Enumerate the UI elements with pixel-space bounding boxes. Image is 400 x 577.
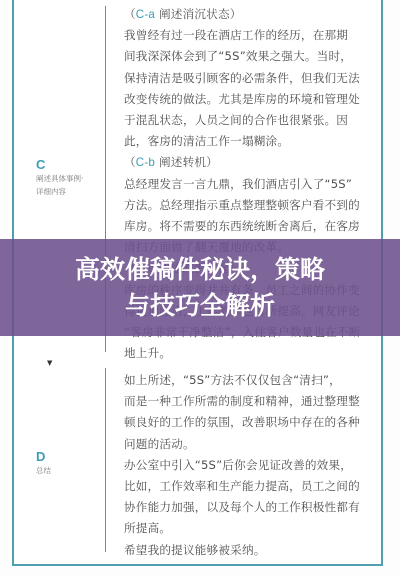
paragraph-line: 办公室中引入“5S”后你会见证改善的效果， (124, 455, 374, 476)
section-d-letter: D (36, 450, 51, 464)
paragraph-line: 所提高。 (124, 518, 374, 539)
down-arrow-icon: ▼ (47, 359, 52, 367)
banner-title-line-2: 与技巧全解析 (125, 288, 275, 324)
paragraph-line: 地上升。 (124, 343, 374, 364)
section-c-sub-2: 详细内容 (36, 186, 83, 198)
paragraph-line: 我曾经有过一段在酒店工作的经历，在那期 (124, 25, 374, 46)
section-c-sub-1: 阐述具体事例· (36, 173, 83, 185)
paragraph-line: 协作能力加强，以及每个人的工作积极性都有 (124, 497, 374, 518)
banner-title: 高效催稿件秘诀，策略 与技巧全解析 (0, 239, 400, 336)
paragraph-line: 此，客房的清洁工作一塌糊涂。 (124, 131, 374, 152)
section-d-sub: 总结 (36, 465, 51, 477)
section-d-label: D 总结 (36, 450, 51, 477)
paragraph-line: 如上所述，“5S”方法不仅仅包含“清扫”， (124, 370, 374, 391)
column-divider-bottom (105, 368, 106, 552)
section-d-content: 如上所述，“5S”方法不仅仅包含“清扫”， 而是一种工作所需的制度和精神，通过整… (124, 370, 374, 561)
paragraph-line: 于混乱状态，人员之间的合作也很紧张。因 (124, 110, 374, 131)
section-c-label: C 阐述具体事例· 详细内容 (36, 158, 83, 198)
banner-title-line-1: 高效催稿件秘诀，策略 (75, 252, 325, 288)
section-c-letter: C (36, 158, 83, 172)
paragraph-line: 库房。将不需要的东西统统断舍离后，在客房 (124, 216, 374, 237)
paragraph-line: 比如，工作效率和生产能力提高，员工之间的 (124, 476, 374, 497)
paragraph-line: 而是一种工作所需的制度和精神，通过整理整 (124, 391, 374, 412)
paragraph-line: 顿良好的工作的氛围，改善职场中存在的各种 (124, 412, 374, 433)
paragraph-line: 改变传统的做法。尤其是库房的环境和管理处 (124, 89, 374, 110)
paragraph-line: 间我深深体会到了“5S”效果之强大。当时， (124, 46, 374, 67)
subhead-c-a: （C-a 阐述消沉状态） (124, 4, 374, 25)
paragraph-line: 方法。总经理指示重点整理整顿客户看不到的 (124, 195, 374, 216)
paragraph-line: 希望我的提议能够被采纳。 (124, 540, 374, 561)
paragraph-line: 问题的活动。 (124, 434, 374, 455)
paragraph-line: 保持清洁是吸引顾客的必需条件，但我们无法 (124, 68, 374, 89)
subhead-c-b: （C-b 阐述转机） (124, 152, 374, 173)
paragraph-line: 总经理发言一言九鼎，我们酒店引入了“5S” (124, 174, 374, 195)
